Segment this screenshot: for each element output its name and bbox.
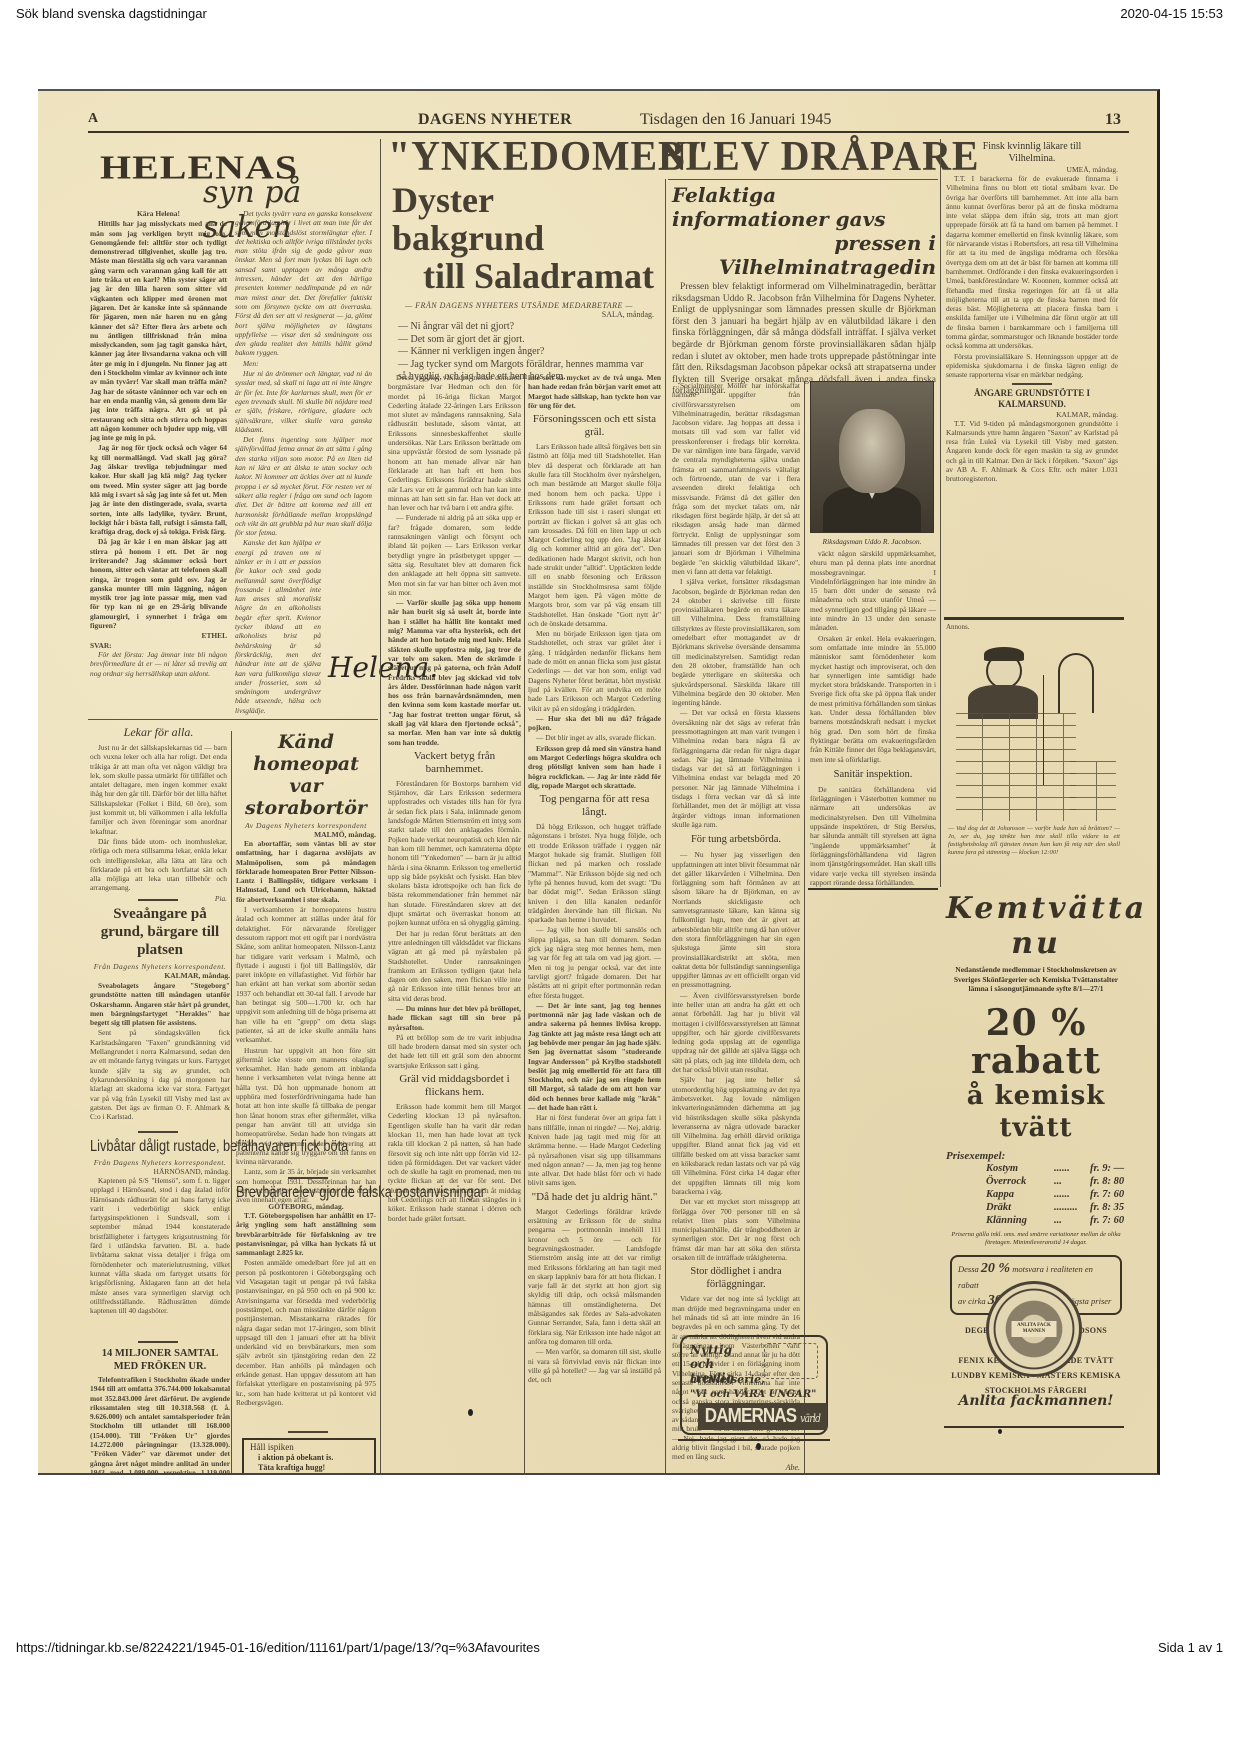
sveaangare-article: Sveaångare på grund, bärgare till platse… — [90, 905, 230, 1122]
subhead-pengar: Tog pengarna för att resa långt. — [528, 793, 661, 819]
story-paragraph: Har ni först funderat över att gripa fat… — [528, 1113, 661, 1187]
story-paragraph: — Hur ska det bli nu då? frågade pojken. — [528, 714, 661, 733]
source-url[interactable]: https://tidningar.kb.se/8224221/1945-01-… — [16, 1640, 540, 1655]
story-paragraph: Det var ett mycket stort missgrepp att f… — [672, 1197, 800, 1262]
annons-label: Annons. — [946, 623, 970, 631]
sveaangare-body: Sent på söndagskvällen fick Karlstadsång… — [90, 1028, 230, 1121]
story-paragraph: I själva verket, fortsätter riksdagsman … — [672, 577, 800, 707]
dialog-line: — Ni ångrar väl det ni gjort? — [384, 321, 654, 334]
brevbararelev-dateline: GÖTEBORG, måndag. — [236, 1202, 376, 1211]
homeopat-dateline: MALMÖ, måndag. — [236, 830, 376, 839]
ink-spot — [998, 1429, 1002, 1434]
finsk-dateline: UMEÅ, måndag. — [946, 165, 1118, 174]
brick-wall-icon — [1070, 761, 1116, 821]
story-paragraph: — Det är inte sant, jag tog hennes portm… — [528, 1001, 661, 1113]
deck-line: till Saladramat — [384, 257, 654, 295]
letter-paragraph: Hittills har jag misslyckats med alla de… — [90, 219, 227, 442]
story-paragraph: Men nu började Eriksson igen tjata om St… — [528, 629, 661, 713]
reply-paragraph: Men: — [235, 359, 372, 368]
vilhelmina-col-2: väckt någon särskild uppmärksamhet, ehur… — [810, 549, 936, 888]
story-paragraph: — Nu hyser jag visserligen den uppfattni… — [672, 850, 800, 989]
subhead-gral: Gräl vid middagsbordet i flickans hem. — [388, 1073, 521, 1099]
story-paragraph: På ett bröllop som de tre varit inbjudna… — [388, 1033, 521, 1070]
divider — [88, 719, 378, 720]
finsk-paragraph: Första provinsialläkare S. Henningsson u… — [946, 352, 1118, 380]
story-paragraph: Själv har jag inte heller så utomordentl… — [672, 1075, 800, 1196]
story-paragraph: — Det blir inget av alls, svarade flicka… — [528, 733, 661, 742]
vilhelmina-signed: Abe. — [672, 1463, 800, 1472]
answer-intro: För det första: Jag ämnar inte bli någon… — [90, 650, 227, 678]
site-title: Sök bland svenska dagstidningar — [16, 6, 207, 21]
reply-paragraph: Hur ni än drömmer och längtar, vad ni än… — [235, 369, 372, 434]
story-paragraph: De sanitära förhållandena vid förläggnin… — [810, 785, 936, 887]
print-footer: https://tidningar.kb.se/8224221/1945-01-… — [0, 1640, 1239, 1670]
brevbararelev-lead: T.T. Göteborgspolisen har anhållit en 17… — [236, 1211, 376, 1257]
print-header: Sök bland svenska dagstidningar 2020-04-… — [0, 0, 1239, 40]
letter-salutation: Kära Helena! — [90, 209, 227, 218]
divider — [808, 888, 938, 890]
story-paragraph: Eriksson grep då med sin vänstra hand om… — [528, 744, 661, 790]
ad-line: i aktion på obekant is. — [250, 1453, 368, 1463]
ink-spot — [756, 1443, 761, 1450]
angare-dateline: KALMAR, måndag. — [946, 410, 1118, 419]
dialog-line: — Känner ni verkligen ingen ånger? — [384, 346, 654, 359]
main-story-deck: Dyster bakgrund till Saladramat — FRÅN D… — [384, 181, 654, 384]
homeopat-lead: En abortaffär, som väntas bli av stor om… — [236, 839, 376, 904]
story-paragraph: — Det var också en första klassens övers… — [672, 708, 800, 829]
photo-caption: Riksdagsman Uddo R. Jacobson. — [810, 537, 934, 546]
story-paragraph: — Funderade ni aldrig på att söka upp er… — [388, 513, 521, 597]
letter-paragraph: Jag är nog för tjock också och väger 64 … — [90, 443, 227, 536]
main-story-col-1: Dessa repliker växlades mellan domaren b… — [388, 373, 521, 1224]
print-timestamp: 2020-04-15 15:53 — [1120, 6, 1223, 21]
livbatar-headline: Livbåtar dåligt rustade, befälhavaren fi… — [90, 1137, 230, 1156]
divider — [288, 1177, 328, 1179]
price-row: Kappa......fr. 7: 60 — [986, 1188, 1126, 1201]
column-rule — [940, 139, 941, 887]
story-paragraph: — Du minns hur det blev på bröllopet, ha… — [388, 1004, 521, 1032]
lekar-article: Lekar för alla. Just nu är det sällskaps… — [90, 725, 227, 903]
finsk-paragraph: T.T. I barackerna för de evakuerade finn… — [946, 174, 1118, 351]
kemtvatta-intro: Nedanstående medlemmar i Stockholmskrets… — [946, 965, 1126, 994]
issue-date: Tisdagen den 16 Januari 1945 — [640, 111, 831, 129]
sveaangare-byline: Från Dagens Nyheters korrespondent. — [90, 962, 230, 971]
lekar-paragraph: Där finns både utom- och inomhuslekar, r… — [90, 837, 227, 893]
story-paragraph: Orsaken är enkel. Hela evakueringen, som… — [810, 634, 936, 764]
sveaangare-headline: Sveaångare på grund, bärgare till platse… — [90, 905, 230, 959]
discount-line: 20 % rabatt — [946, 1004, 1126, 1080]
ad-line: artikelserie, — [690, 1373, 765, 1386]
subhead-stor: Stor dödlighet i andra förläggningar. — [672, 1265, 800, 1291]
deck-line: Dyster bakgrund — [384, 181, 654, 257]
divider — [288, 1431, 328, 1433]
brevbararelev-article: Brevbärarelev gjorde falska postanvisnin… — [236, 1183, 376, 1408]
lekar-headline: Lekar för alla. — [90, 725, 227, 740]
main-story-col-2: inte sett så mycket av de två unga. Men … — [528, 373, 661, 1385]
main-banner-right: BLEV DRÅPARE — [658, 133, 979, 181]
story-paragraph: — Men varför, sa domaren till sist, skul… — [528, 1347, 661, 1384]
ink-spot — [468, 1409, 473, 1416]
bricklayer-cartoon — [948, 641, 1120, 821]
trade-association-seal-icon: ANLITA FACK MANNEN — [986, 1281, 1082, 1377]
finsk-lakare-article: Finsk kvinnlig läkare till Vilhelmina. U… — [946, 141, 1118, 485]
divider — [944, 1426, 1124, 1428]
subhead-forsoning: Försoningsscen och ett sista gräl. — [528, 413, 661, 439]
vilhelmina-col-1: Socialminister Möller har införskaffat n… — [672, 381, 800, 1472]
price-row: Dräkt.........fr. 8: 35 — [986, 1201, 1126, 1214]
page-number: 13 — [1105, 111, 1121, 129]
price-row: Klänning...fr. 7: 60 — [986, 1214, 1126, 1227]
newspaper-name: DAGENS NYHETER — [418, 111, 572, 129]
subhead-hatt: "Då hade det ju aldrig hänt." — [528, 1191, 661, 1204]
divider — [138, 899, 178, 901]
reply-paragraph: Det finns ingenting som hjälper mot själ… — [235, 435, 372, 537]
ad-line: Täta kraftiga hugg! — [250, 1463, 368, 1473]
brick-wall-icon — [956, 713, 1076, 821]
story-paragraph: — Även civilförsvarsstyrelsen borde inte… — [672, 991, 800, 1075]
lekar-paragraph: Just nu är det sällskapslekarnas tid — b… — [90, 743, 227, 836]
ad-line: Håll ispiken — [250, 1442, 368, 1453]
homeopat-headline: Känd homeopat var storabortör — [236, 731, 376, 819]
column-rule — [665, 179, 666, 1475]
livbatar-dateline: HÄRNÖSAND, måndag. — [90, 1167, 230, 1176]
divider — [138, 1131, 178, 1133]
letter-paragraph: Då jag är kär i en man älskar jag att st… — [90, 537, 227, 630]
portrait-photo-jacobson — [810, 381, 934, 533]
story-paragraph: inte sett så mycket av de två unga. Men … — [528, 373, 661, 410]
damernas-brand: DAMERNAS värld — [698, 1403, 827, 1430]
story-paragraph: Det har ju redan förut berättats att den… — [388, 929, 521, 1003]
cartoon-caption: — Vad dog det ät Johansson — varför hade… — [948, 825, 1120, 857]
livbatar-article: Livbåtar dåligt rustade, befälhavaren fi… — [90, 1137, 230, 1316]
main-byline: — FRÅN DAGENS NYHETERS UTSÄNDE MEDARBETA… — [384, 301, 654, 310]
ad-line: "Vi och VÅRA UNGAR" — [690, 1389, 816, 1400]
story-paragraph: Eriksson hade kommit hem till Margot Ced… — [388, 1102, 521, 1223]
main-dateline: SALA, måndag. — [384, 310, 654, 319]
page-indicator: Sida 1 av 1 — [1158, 1640, 1223, 1655]
price-label: Prisexempel: — [946, 1150, 1126, 1162]
cartoon-cap-icon — [984, 647, 1024, 661]
kemtvatta-tagline: Anlita fackmannen! — [946, 1393, 1126, 1409]
miljoner-paragraph: Telefontrafiken i Stockholm ökade under … — [90, 1375, 230, 1475]
kemtvatta-title: Kemtvätta nu — [946, 891, 1126, 961]
subhead-vackert: Vackert betyg från barnhemmet. — [388, 750, 521, 776]
story-paragraph: Då högg Eriksson, och hugget träffade nå… — [528, 822, 661, 924]
answer-label: SVAR: — [90, 641, 227, 650]
column-rule — [231, 731, 232, 1473]
homeopat-paragraph: I verksamheten är homeopatens hustru åta… — [236, 905, 376, 1044]
arch-icon — [1058, 653, 1094, 713]
story-paragraph: — Jag ville hon skulle bli sanslös och s… — [528, 925, 661, 999]
masthead: A DAGENS NYHETER Tisdagen den 16 Januari… — [88, 111, 1129, 133]
section-letter: A — [88, 111, 98, 127]
divider — [668, 179, 938, 180]
brevbararelev-headline: Brevbärarelev gjorde falska postanvisnin… — [236, 1183, 376, 1202]
miljoner-headline: 14 MILJONER SAMTAL MED FRÖKEN UR. — [90, 1347, 230, 1373]
livbatar-byline: Från Dagens Nyheters korrespondent. — [90, 1158, 230, 1167]
divider — [678, 1439, 830, 1441]
letter-signed: ETHEL — [90, 631, 227, 640]
story-paragraph: Föreståndaren för Boxtorps barnhem vid S… — [388, 779, 521, 928]
ad-illustration-icon — [764, 1343, 818, 1379]
sveaangare-lead: Sveabolagets ångare "Stegeborg" grundstö… — [90, 981, 230, 1027]
homeopat-article: Känd homeopat var storabortör Av Dagens … — [236, 731, 376, 1206]
helenas-letter: Kära Helena! Hittills har jag misslyckat… — [90, 209, 227, 679]
price-list: Kostym......fr. 9: — Överrock...fr. 8: 8… — [946, 1162, 1126, 1227]
miljoner-article: 14 MILJONER SAMTAL MED FRÖKEN UR. Telefo… — [90, 1347, 230, 1475]
angare-headline: ÅNGARE GRUNDSTÖTTE I KALMARSUND. — [946, 388, 1118, 410]
headline-line: Felaktiga informationer gavs — [672, 183, 936, 231]
dialog-line: — Det som är gjort det är gjort. — [384, 334, 654, 347]
plumb-line-icon — [1043, 675, 1044, 785]
finsk-headline: Finsk kvinnlig läkare till Vilhelmina. — [946, 141, 1118, 165]
brevbararelev-body: Posten anmälde omedelbart före jul att e… — [236, 1258, 376, 1407]
price-row: Överrock...fr. 8: 80 — [986, 1175, 1126, 1188]
divider — [138, 1341, 178, 1343]
angare-body: T.T. Vid 9-tiden på måndagsmorgonen grun… — [946, 419, 1118, 484]
newspaper-page-scan: A DAGENS NYHETER Tisdagen den 16 Januari… — [38, 89, 1160, 1475]
column-rule — [380, 139, 381, 1475]
ispiken-ad: Håll ispiken i aktion på obekant is. Tät… — [242, 1438, 376, 1475]
vilhelmina-headline: Felaktiga informationer gavs pressen i V… — [672, 183, 936, 399]
story-paragraph: — Varför skulle jag söka upp honom när h… — [388, 598, 521, 747]
story-paragraph: Margot Cederlings föräldrar krävde ersät… — [528, 1207, 661, 1346]
subhead-sanitar: Sanitär inspektion. — [810, 767, 936, 782]
column-rule — [804, 381, 805, 1475]
reply-paragraph: Det tycks tyvärr vara en ganska konsekve… — [235, 209, 372, 358]
homeopat-paragraph: Hustrun har uppgivit att hon före sitt g… — [236, 1046, 376, 1167]
story-paragraph: Dessa repliker växlades mellan domaren b… — [388, 373, 521, 512]
divider — [1012, 383, 1052, 385]
column-rule — [524, 373, 525, 1473]
reply-paragraph: Kanske det kan hjälpa er energi på trave… — [235, 538, 321, 715]
subhead-tung: För tung arbetsbörda. — [672, 832, 800, 847]
price-row: Kostym......fr. 9: — — [986, 1162, 1126, 1175]
discount-line: å kemisk tvätt — [946, 1080, 1126, 1144]
divider — [944, 617, 1124, 620]
story-paragraph: Lars Eriksson hade alltså förgäves bett … — [528, 442, 661, 628]
livbatar-body: Kaptenen på S/S "Hemsö", som f. n. ligge… — [90, 1176, 230, 1315]
story-paragraph: Socialminister Möller har införskaffat n… — [672, 381, 800, 576]
story-paragraph: väckt någon särskild uppmärksamhet, ehur… — [810, 549, 936, 633]
helenas-reply: Det tycks tyvärr vara en ganska konsekve… — [235, 209, 372, 716]
price-note: Priserna gälla inkl. oms. med smärre var… — [946, 1231, 1126, 1247]
headline-line: pressen i Vilhelminatragedin — [672, 231, 936, 279]
homeopat-byline: Av Dagens Nyheters korrespondent — [236, 821, 376, 830]
sveaangare-dateline: KALMAR, måndag. — [90, 971, 230, 980]
